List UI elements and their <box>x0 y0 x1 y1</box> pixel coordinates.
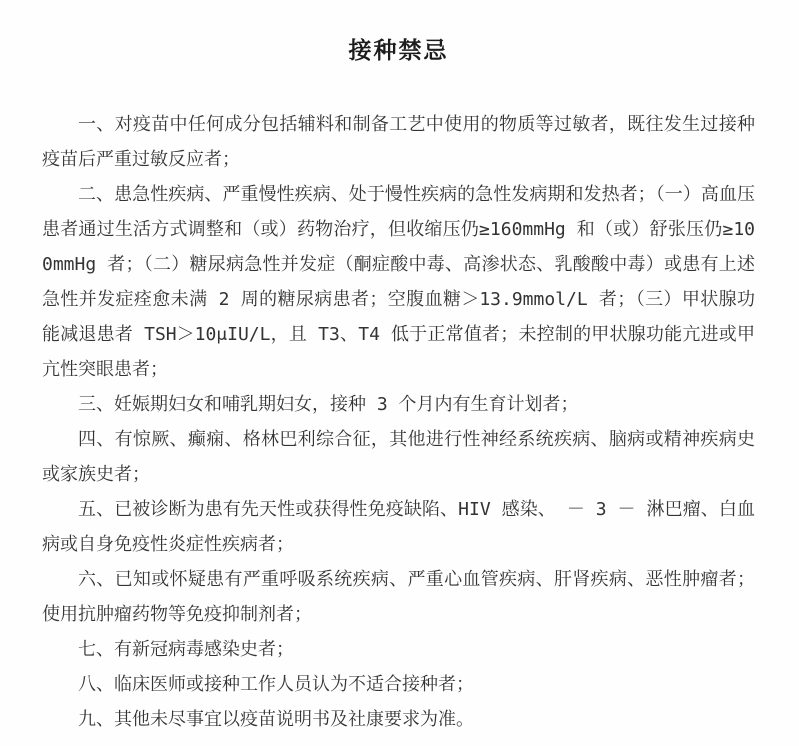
contraindication-item-9: 九、其他未尽事宜以疫苗说明书及社康要求为准。 <box>42 702 755 737</box>
contraindication-item-7: 七、有新冠病毒感染史者； <box>42 632 755 667</box>
contraindication-list: 一、对疫苗中任何成分包括辅料和制备工艺中使用的物质等过敏者，既往发生过接种疫苗后… <box>42 107 755 737</box>
contraindication-item-4: 四、有惊厥、癫痫、格林巴利综合征，其他进行性神经系统疾病、脑病或精神疾病史或家族… <box>42 422 755 492</box>
page-title: 接种禁忌 <box>42 32 755 65</box>
contraindication-item-5: 五、已被诊断为患有先天性或获得性免疫缺陷、HIV 感染、 － 3 － 淋巴瘤、白… <box>42 492 755 562</box>
contraindication-item-6: 六、已知或怀疑患有严重呼吸系统疾病、严重心血管疾病、肝肾疾病、恶性肿瘤者；使用抗… <box>42 562 755 632</box>
scanned-document-page: 接种禁忌 一、对疫苗中任何成分包括辅料和制备工艺中使用的物质等过敏者，既往发生过… <box>0 0 799 746</box>
contraindication-item-1: 一、对疫苗中任何成分包括辅料和制备工艺中使用的物质等过敏者，既往发生过接种疫苗后… <box>42 107 755 177</box>
contraindication-item-3: 三、妊娠期妇女和哺乳期妇女，接种 3 个月内有生育计划者； <box>42 387 755 422</box>
document-content: 接种禁忌 一、对疫苗中任何成分包括辅料和制备工艺中使用的物质等过敏者，既往发生过… <box>0 0 799 737</box>
contraindication-item-2: 二、患急性疾病、严重慢性疾病、处于慢性疾病的急性发病期和发热者；（一）高血压患者… <box>42 177 755 387</box>
contraindication-item-8: 八、临床医师或接种工作人员认为不适合接种者； <box>42 667 755 702</box>
